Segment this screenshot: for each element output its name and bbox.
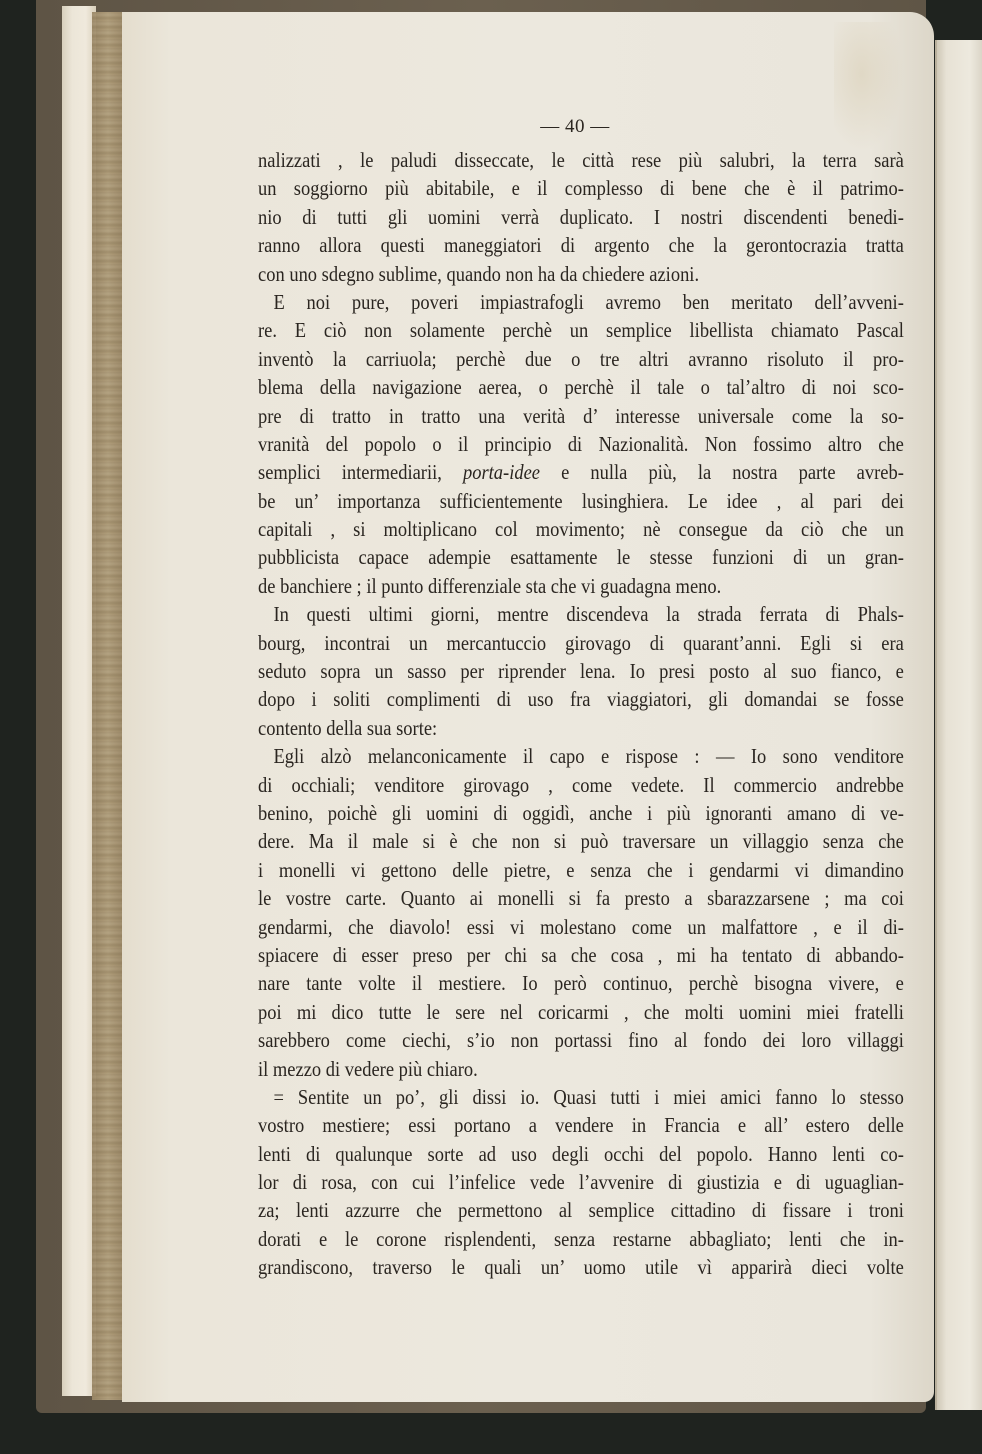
paragraph: E noi pure, poveri impiastrafogli avremo…	[258, 288, 904, 600]
text-segment: semplici intermediarii,	[258, 460, 463, 484]
text-line: nio di tutti gli uomini verrà duplicato.…	[258, 203, 904, 231]
text-line: inventò la carriuola; perchè due o tre a…	[258, 345, 904, 373]
text-line: za; lenti azzurre che permettono al semp…	[258, 1196, 904, 1224]
text-line: E noi pure, poveri impiastrafogli avremo…	[258, 288, 904, 316]
binding-gutter	[92, 12, 124, 1400]
paragraph: In questi ultimi giorni, mentre discende…	[258, 600, 904, 742]
text-line: blema della navigazione aerea, o perchè …	[258, 373, 904, 401]
text-line: ranno allora questi maneggiatori di arge…	[258, 231, 904, 259]
text-line: con uno sdegno sublime, quando non ha da…	[258, 260, 904, 288]
text-line: capitali , si moltiplicano col movimento…	[258, 515, 904, 543]
text-line: pubblicista capace adempie esattamente l…	[258, 543, 904, 571]
text-line: de banchiere ; il punto differenziale st…	[258, 572, 904, 600]
text-line: dopo i soliti complimenti di uso fra via…	[258, 685, 904, 713]
text-line: un soggiorno più abitabile, e il comples…	[258, 174, 904, 202]
text-line-with-italic: semplici intermediarii, porta-idee e nul…	[258, 458, 904, 486]
text-line: vranità del popolo o il principio di Naz…	[258, 430, 904, 458]
italic-term: porta-idee	[463, 460, 540, 484]
text-line: le vostre carte. Quanto ai monelli si fa…	[258, 884, 904, 912]
paragraph: = Sentite un po’, gli dissi io. Quasi tu…	[258, 1083, 904, 1282]
paragraph: nalizzati , le paludi disseccate, le cit…	[258, 146, 904, 288]
text-line: Egli alzò melanconicamente il capo e ris…	[258, 742, 904, 770]
text-line: lor di rosa, con cui l’infelice vede l’a…	[258, 1168, 904, 1196]
text-line: nare tante volte il mestiere. Io però co…	[258, 969, 904, 997]
page-number: — 40 —	[0, 116, 982, 138]
text-line: poi mi dico tutte le sere nel coricarmi …	[258, 998, 904, 1026]
text-line: gendarmi, che diavolo! essi vi molestano…	[258, 913, 904, 941]
paragraph: Egli alzò melanconicamente il capo e ris…	[258, 742, 904, 1083]
adjacent-page-edge	[935, 40, 982, 1410]
text-line: spiacere di esser preso per chi sa che c…	[258, 941, 904, 969]
text-segment: e nulla più, la nostra parte avreb-	[540, 460, 904, 484]
text-line: benino, poichè gli uomini di oggidì, anc…	[258, 799, 904, 827]
body-text: nalizzati , le paludi disseccate, le cit…	[258, 146, 814, 1282]
text-line: lenti di qualunque sorte ad uso degli oc…	[258, 1140, 904, 1168]
text-line: sarebbero come ciechi, s’io non portassi…	[258, 1026, 904, 1054]
text-line: seduto sopra un sasso per riprender lena…	[258, 657, 904, 685]
text-line: i monelli vi gettono delle pietre, e sen…	[258, 856, 904, 884]
text-line: contento della sua sorte:	[258, 714, 904, 742]
text-line: be un’ importanza sufficientemente lusin…	[258, 487, 904, 515]
text-line: grandiscono, traverso le quali un’ uomo …	[258, 1253, 904, 1281]
text-line: = Sentite un po’, gli dissi io. Quasi tu…	[258, 1083, 904, 1111]
text-line: il mezzo di vedere più chiaro.	[258, 1055, 904, 1083]
text-line: dere. Ma il male si è che non si può tra…	[258, 827, 904, 855]
text-line: di occhiali; venditore girovago , come v…	[258, 771, 904, 799]
text-line: nalizzati , le paludi disseccate, le cit…	[258, 146, 904, 174]
text-line: In questi ultimi giorni, mentre discende…	[258, 600, 904, 628]
text-line: dorati e le corone risplendenti, senza r…	[258, 1225, 904, 1253]
text-line: re. E ciò non solamente perchè un sempli…	[258, 316, 904, 344]
text-line: pre di tratto in tratto una verità d’ in…	[258, 402, 904, 430]
text-line: bourg, incontrai un mercantuccio girovag…	[258, 629, 904, 657]
flyleaf-edge	[62, 6, 96, 1396]
text-line: vostro mestiere; essi portano a vendere …	[258, 1111, 904, 1139]
